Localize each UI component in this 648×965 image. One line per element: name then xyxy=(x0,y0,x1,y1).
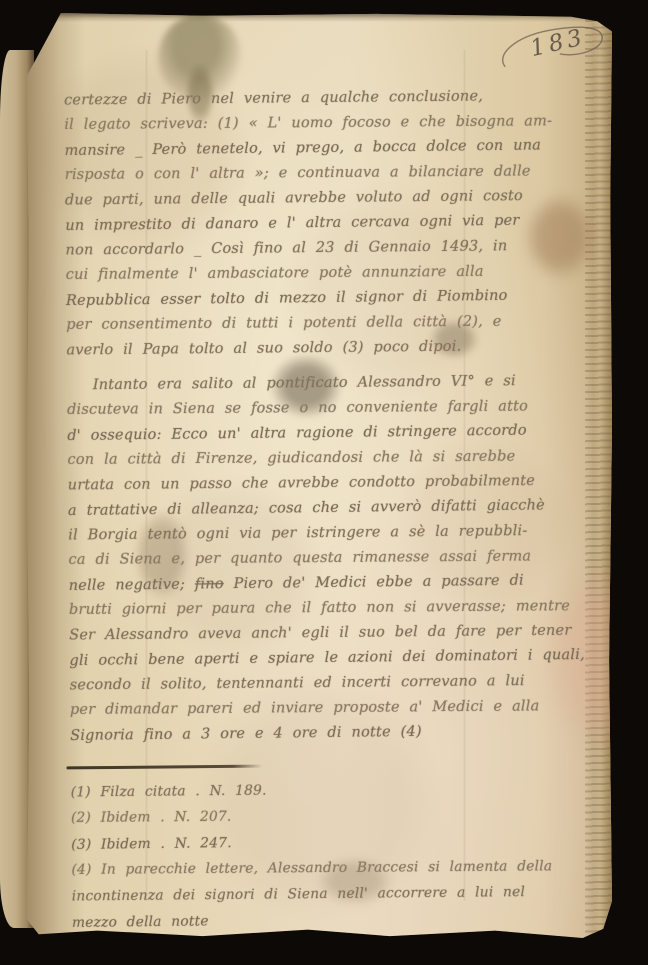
manuscript-text: certezze di Piero nel venire a qualche c… xyxy=(64,84,577,936)
page-top-edge xyxy=(27,13,612,22)
footnotes: (1) Filza citata . N. 189.(2) Ibidem . N… xyxy=(71,775,577,936)
struck-word: fino xyxy=(195,576,224,592)
paragraph-1: certezze di Piero nel venire a qualche c… xyxy=(64,84,572,364)
photo-backdrop: { "document": { "page_number": "183", "p… xyxy=(0,0,648,965)
text-line: brutti giorni per paura che il fatto non… xyxy=(69,594,574,623)
text-line: (4) In parecchie lettere, Alessandro Bra… xyxy=(71,853,576,883)
text-line: averlo il Papa tolto al suo soldo (3) po… xyxy=(66,334,571,364)
text-line: risposta o con l' altra »; e continuava … xyxy=(65,159,570,188)
footnote-rule xyxy=(66,765,262,770)
text-line: mezzo della notte xyxy=(72,904,577,936)
page-stack-fore-edge xyxy=(585,13,612,938)
text-line: per consentimento di tutti i potenti del… xyxy=(66,309,571,338)
text-line: con la città di Firenze, giudicandosi ch… xyxy=(67,444,572,473)
manuscript-page: 183 certezze di Piero nel venire a qualc… xyxy=(27,13,612,938)
paragraph-2: Intanto era salito al pontificato Alessa… xyxy=(67,369,576,749)
text-line: Signoria fino a 3 ore e 4 ore di notte (… xyxy=(70,718,575,749)
